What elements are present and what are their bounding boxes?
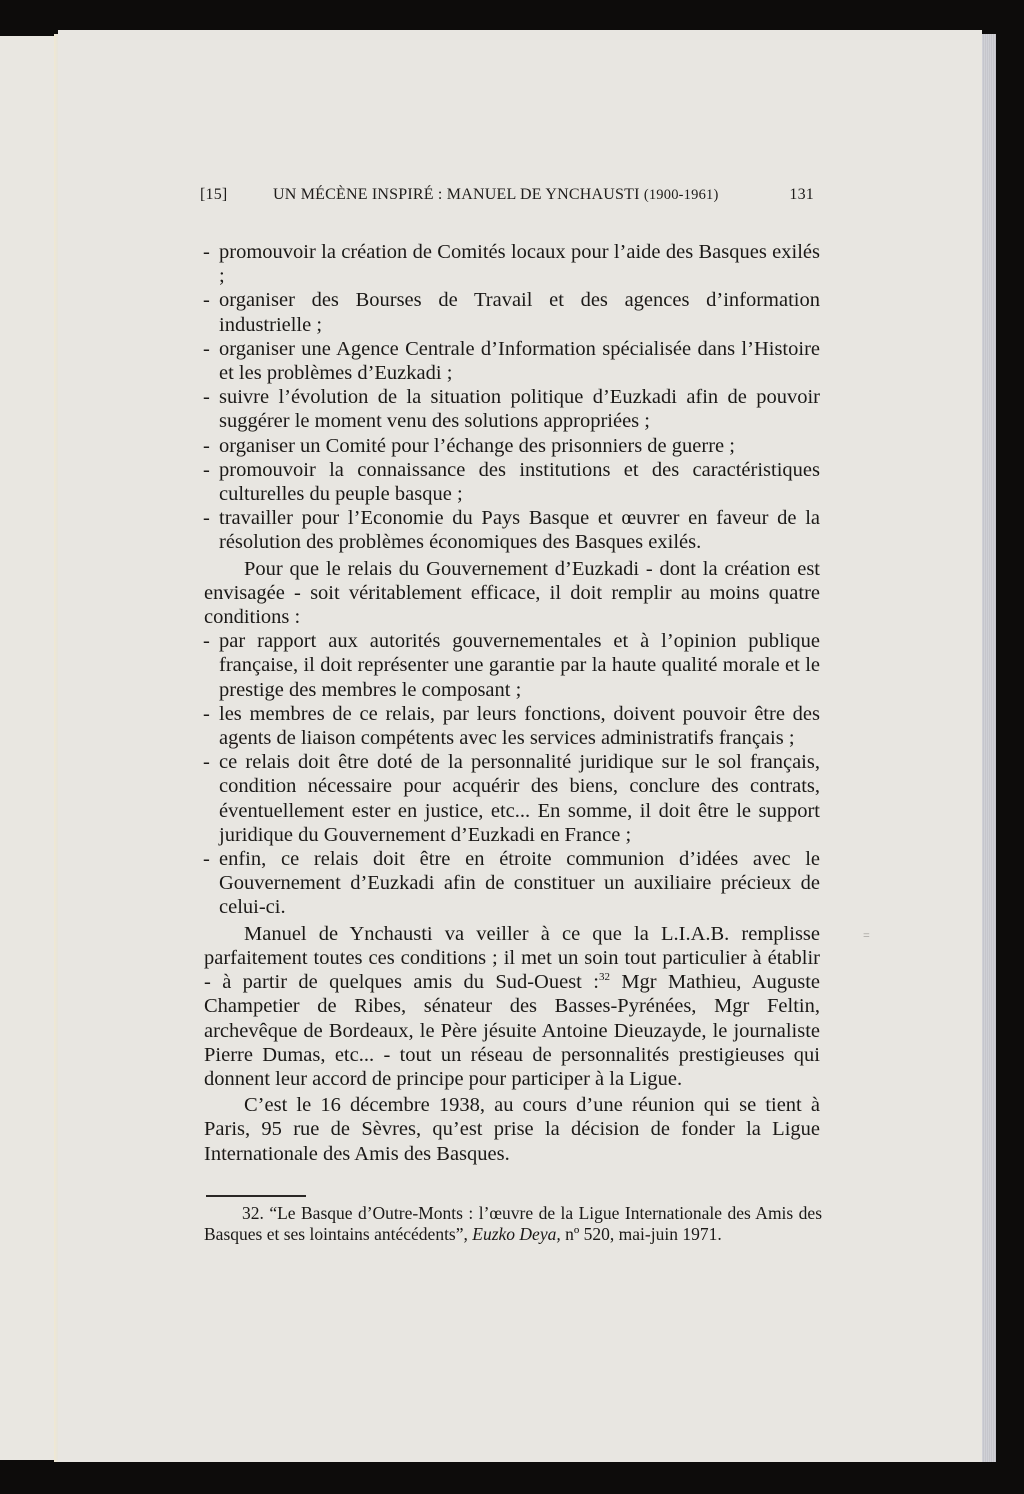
list-item: -organiser une Agence Centrale d’Informa… [204,337,820,385]
list-item-text: enfin, ce relais doit être en étroite co… [219,848,820,918]
list-item: -promouvoir la connaissance des institut… [204,458,820,506]
list-item-text: suivre l’évolution de la situation polit… [219,386,820,432]
list-dash: - [203,240,210,264]
list-dash: - [203,458,210,482]
list-item-text: promouvoir la connaissance des instituti… [219,459,820,505]
list-item-text: organiser des Bourses de Travail et des … [219,289,820,335]
list-item-text: par rapport aux autorités gouvernemental… [219,630,820,700]
running-header: [15] UN MÉCÈNE INSPIRÉ : MANUEL DE YNCHA… [200,186,820,208]
page-stack-edge [982,34,996,1462]
list-item-text: organiser un Comité pour l’échange des p… [219,435,735,457]
list-dash: - [203,434,210,458]
list-item: -organiser des Bourses de Travail et des… [204,288,820,336]
list-item: -suivre l’évolution de la situation poli… [204,385,820,433]
list-dash: - [203,288,210,312]
list-item: -promouvoir la création de Comités locau… [204,240,820,288]
footnote-divider [206,1195,306,1197]
list-item-text: promouvoir la création de Comités locaux… [219,241,820,287]
list-item: -travailler pour l’Economie du Pays Basq… [204,506,820,554]
list-dash: - [203,385,210,409]
list-item-text: organiser une Agence Centrale d’Informat… [219,338,820,384]
list-item: -les membres de ce relais, par leurs fon… [204,702,820,750]
running-title: UN MÉCÈNE INSPIRÉ : MANUEL DE YNCHAUSTI … [273,186,719,204]
paragraph: Pour que le relais du Gouvernement d’Euz… [204,557,820,630]
list-dash: - [203,506,210,530]
running-title-dates: (1900-1961) [644,187,719,203]
body-text: -promouvoir la création de Comités locau… [204,240,820,1166]
list-dash: - [203,750,210,774]
list-item: -enfin, ce relais doit être en étroite c… [204,847,820,920]
footnote: 32. “Le Basque d’Outre-Monts : l’œuvre d… [204,1203,822,1244]
footnote-text-end: nº 520, mai-juin 1971. [561,1224,722,1244]
paragraph: Manuel de Ynchausti va veiller à ce que … [204,922,820,1091]
list-item-text: les membres de ce relais, par leurs fonc… [219,703,820,749]
list-item-text: travailler pour l’Economie du Pays Basqu… [219,507,820,553]
list-dash: - [203,847,210,871]
list-item: -organiser un Comité pour l’échange des … [204,434,820,458]
margin-mark: = [863,928,870,943]
paragraph: C’est le 16 décembre 1938, au cours d’un… [204,1093,820,1166]
facing-page-edge [0,36,55,1460]
running-title-text: UN MÉCÈNE INSPIRÉ : MANUEL DE YNCHAUSTI [273,186,640,203]
objectives-list: -promouvoir la création de Comités locau… [204,240,820,555]
footnote-journal-title: Euzko Deya, [472,1224,560,1244]
list-dash: - [203,702,210,726]
section-folio: [15] [200,186,227,204]
list-dash: - [203,629,210,653]
list-dash: - [203,337,210,361]
page-number: 131 [789,186,814,204]
conditions-list: -par rapport aux autorités gouvernementa… [204,629,820,919]
footnote-reference[interactable]: 32 [599,971,610,983]
list-item: -ce relais doit être doté de la personna… [204,750,820,847]
list-item-text: ce relais doit être doté de la personnal… [219,751,820,846]
list-item: -par rapport aux autorités gouvernementa… [204,629,820,702]
footnote-number: 32. [204,1203,264,1223]
